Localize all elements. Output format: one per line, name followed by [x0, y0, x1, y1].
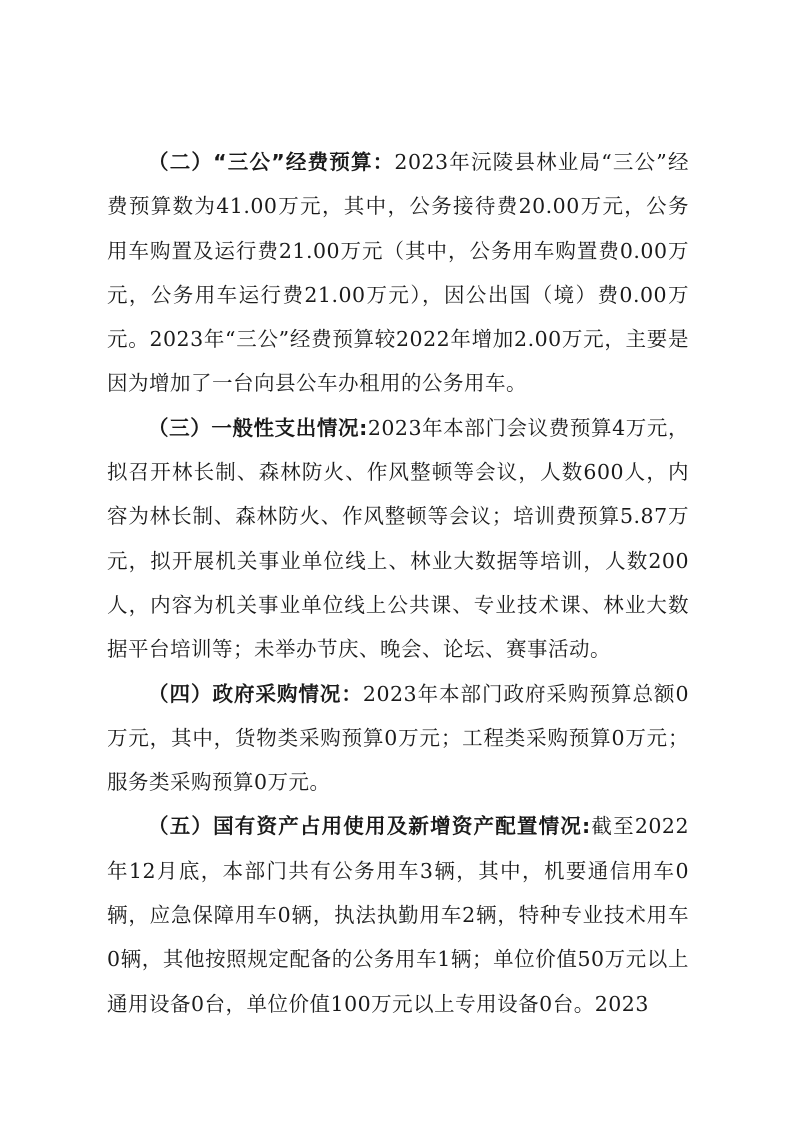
section-heading: （二）“三公”经费预算：: [148, 150, 394, 174]
section-body: 截至2022年12月底，本部门共有公务用车3辆，其中，机要通信用车0辆，应急保障…: [107, 814, 689, 1015]
section-government-procurement: （四）政府采购情况：2023年本部门政府采购预算总额0万元，其中，货物类采购预算…: [107, 672, 689, 805]
section-heading: （五）国有资产占用使用及新增资产配置情况:: [148, 814, 591, 838]
section-heading: （三）一般性支出情况:: [148, 416, 368, 440]
section-heading: （四）政府采购情况：: [148, 682, 363, 706]
section-body: 2023年本部门会议费预算4万元，拟召开林长制、森林防火、作风整顿等会议，人数6…: [107, 416, 689, 661]
section-general-expenditure: （三）一般性支出情况:2023年本部门会议费预算4万元，拟召开林长制、森林防火、…: [107, 406, 689, 672]
document-page: （二）“三公”经费预算：2023年沅陵县林业局“三公”经费预算数为41.00万元…: [107, 140, 689, 1026]
section-state-assets: （五）国有资产占用使用及新增资产配置情况:截至2022年12月底，本部门共有公务…: [107, 804, 689, 1025]
section-body: 2023年沅陵县林业局“三公”经费预算数为41.00万元，其中，公务接待费20.…: [107, 150, 689, 395]
section-three-public-funds: （二）“三公”经费预算：2023年沅陵县林业局“三公”经费预算数为41.00万元…: [107, 140, 689, 406]
